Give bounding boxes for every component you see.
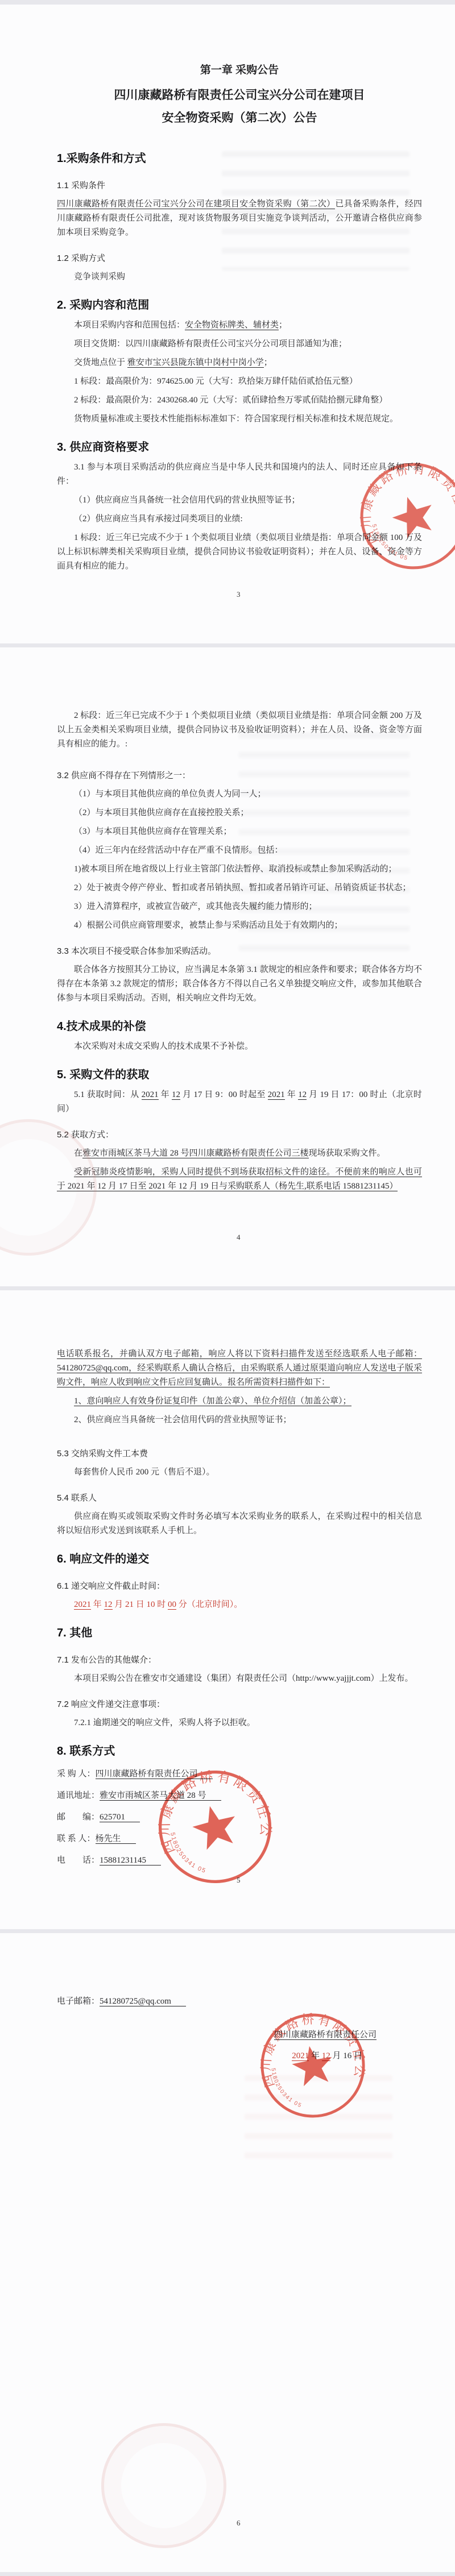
text-run: 12 [172,1090,180,1100]
chapter-title: 安全物资采购（第二次）公告 [57,109,422,127]
paragraph: 竞争谈判采购 [57,270,422,284]
text-run: 1.1 采购条件 [57,181,105,190]
paragraph: 1)被本项目所在地省级以上行业主管部门依法暂停、取消投标或禁止参加采购活动的； [57,862,422,876]
text-run: 3.1 参与本项目采购活动的供应商应当是中华人民共和国境内的法人、同时还应具备如… [57,463,422,486]
page-content: 电子邮箱：541280725@qq.com四川康藏路桥有限责任公司2021 年 … [0,1933,455,2063]
paragraph: 1 标段：近三年已完成不少于 1 个类似项目业绩（类似项目业绩是指：单项合同金额… [57,531,422,574]
text-run: 联合体各方按照其分工协议，应当满足本条第 3.1 款规定的相应条件和要求；联合体… [57,965,422,1003]
bleed-through-text-artifact [245,2075,392,2166]
paragraph: 货物质量标准或主要技术性能指标标准如下：符合国家现行相关标准和技术规范规定。 [57,412,422,426]
text-run: 7. 其他 [57,1627,92,1639]
subsection-heading: 5.3 交纳采购文件工本费 [57,1447,422,1461]
text-run: 电话联系报名，并确认双方电子邮箱，响应人将以下资料扫描件发送至经选联系人电子邮箱… [57,1349,422,1387]
page-number: 3 [237,590,241,599]
document-scan: 3第一章 采购公告四川康藏路桥有限责任公司宝兴分公司在建项目安全物资采购（第二次… [0,5,455,2572]
text-run: 四川康藏路桥有限责任公司宝兴分公司在建项目 [114,89,365,102]
text-run: 3.2 供应商不得存在下列情形之一： [57,771,191,780]
paragraph: 2 标段：近三年已完成不少于 1 个类似项目业绩（类似项目业绩是指：单项合同金额… [57,709,422,751]
section-heading: 5. 采购文件的获取 [57,1066,422,1083]
text-run: 3）进入清算程序，或被宣告破产，或其他丧失履约能力情形的； [74,902,317,911]
paragraph: 7.2.1 逾期递交的响应文件，采购人将予以拒收。 [57,1716,422,1730]
text-run: 8. 联系方式 [57,1745,115,1758]
text-run: 5.4 联系人 [57,1493,97,1503]
text-run: 2. 采购内容和范围 [57,299,149,311]
text-run: （2）与本项目其他供应商存在直接控股关系； [74,808,249,817]
contact-field: 电 话：15881231145 [57,1854,422,1868]
section-heading: 7. 其他 [57,1624,422,1642]
signature-line: 2021 年 12 月 16 日 [57,2049,422,2063]
text-run: 电子邮箱： [57,1997,100,2006]
text-run: 7.1 发布公告的其他媒介： [57,1655,156,1665]
text-run: 本项目采购公告在雅安市交通建设（集团）有限责任公司（http://www.yaj… [74,1674,413,1683]
text-run: 四川康藏路桥有限责任公司 [96,1769,213,1779]
section-heading: 1.采购条件和方式 [57,150,422,167]
paragraph: （2）供应商应当具有承接过同类项目的业绩: [57,512,422,526]
paragraph: 5.1 获取时间：从 2021 年 12 月 17 日 9：00 时起至 202… [57,1088,422,1116]
paragraph: 每套售价人民币 200 元（售后不退）。 [57,1465,422,1480]
text-run: 年 [91,1600,104,1609]
text-run: 12 [104,1600,113,1610]
text-run: 受新冠肺炎疫情影响，采购人同时提供不到场获取招标文件的途径。不便前来的响应人也可… [57,1167,422,1191]
subsection-heading: 3.3 本次项目不接受联合体参加采购活动。 [57,944,422,958]
subsection-heading: 7.1 发布公告的其他媒介： [57,1653,422,1667]
text-run: 雅安市雨城区茶马大道 28 号四川康藏路桥有限责任公司三楼 [82,1149,309,1158]
text-run: 541280725@qq.com [100,1997,186,2006]
text-run: 通讯地址： [57,1791,100,1800]
paragraph: 4）根据公司供应商管理要求，被禁止参与采购活动且处于有效期内的； [57,919,422,933]
section-heading: 2. 采购内容和范围 [57,297,422,314]
contact-field: 电子邮箱：541280725@qq.com [57,1995,422,2009]
bleed-through-stamp [101,2423,226,2548]
text-run: 杨先生 [96,1834,136,1844]
text-run: 四川康藏路桥有限责任公司 [274,2030,377,2040]
paragraph: 四川康藏路桥有限责任公司宝兴分公司在建项目安全物资采购（第二次）已具备采购条件，… [57,197,422,240]
subsection-heading: 1.2 采购方式 [57,251,422,265]
text-run: 6.1 递交响应文件截止时间： [57,1581,165,1591]
text-run: 2021 [74,1600,91,1610]
paragraph: 3）进入清算程序，或被宣告破产，或其他丧失履约能力情形的； [57,900,422,914]
subsection-heading: 7.2 响应文件递交注意事项： [57,1697,422,1711]
text-run: （1）供应商应当具备统一社会信用代码的营业执照等证书； [74,496,300,505]
text-run: 月 16 日 [330,2051,362,2060]
subsection-heading: 1.1 采购条件 [57,178,422,193]
text-run: ； [264,358,272,367]
text-run: 现场获取采购文件。 [309,1149,386,1158]
text-run: 5.3 交纳采购文件工本费 [57,1449,148,1459]
subsection-heading: 6.1 递交响应文件截止时间： [57,1579,422,1593]
text-run: 3. 供应商资格要求 [57,441,149,454]
text-run: 年 [159,1090,172,1099]
text-run: 供应商在购买或领取采购文件时务必填写本次采购业务的联系人，在采购过程中的相关信息… [57,1512,422,1535]
text-run: 第一章 采购公告 [200,64,279,76]
section-heading: 6. 响应文件的递交 [57,1551,422,1568]
text-run: 2021 [142,1090,159,1100]
paragraph: 1 标段：最高限价为：974625.00 元（大写：玖拾柒万肆仟陆佰贰拾伍元整） [57,375,422,389]
text-run: 电 话： [57,1856,100,1865]
text-run: 625701 [100,1813,140,1822]
section-heading: 8. 联系方式 [57,1743,422,1760]
contact-field: 通讯地址：雅安市雨城区茶马大道 28 号 [57,1789,422,1803]
page-number: 5 [237,1876,241,1885]
paragraph: 联合体各方按照其分工协议，应当满足本条第 3.1 款规定的相应条件和要求；联合体… [57,963,422,1006]
text-run: 1、意向响应人有效身份证复印件（加盖公章）、单位介绍信（加盖公章）； [74,1397,351,1406]
text-run: 竞争谈判采购 [74,272,125,281]
text-run: 项目交货期：以四川康藏路桥有限责任公司宝兴分公司项目部通知为准； [74,339,347,348]
text-run: 12 [322,2051,330,2061]
paragraph: （3）与本项目其他供应商存在管理关系； [57,825,422,839]
subsection-heading: 5.2 获取方式： [57,1128,422,1142]
text-run: 采 购 人： [57,1769,96,1779]
page-content: 第一章 采购公告四川康藏路桥有限责任公司宝兴分公司在建项目安全物资采购（第二次）… [0,5,455,574]
paragraph: 2、供应商应当具备统一社会信用代码的营业执照等证书； [57,1413,422,1427]
text-run: 12 [298,1090,307,1100]
text-run: 在 [74,1149,82,1158]
text-run: 分（北京时间）。 [176,1600,242,1609]
text-run: 雅安市宝兴县陇东镇中岗村中岗小学 [127,358,264,368]
chapter-title: 第一章 采购公告 [57,61,422,80]
text-run: 15881231145 [100,1856,161,1865]
text-run: 3.3 本次项目不接受联合体参加采购活动。 [57,946,216,956]
signature-line: 四川康藏路桥有限责任公司 [57,2028,422,2042]
subsection-heading: 3.2 供应商不得存在下列情形之一： [57,768,422,783]
text-run: 1 标段：最高限价为：974625.00 元（大写：玖拾柒万肆仟陆佰贰拾伍元整） [74,377,358,386]
text-run: 5.1 获取时间：从 [74,1090,142,1099]
section-heading: 3. 供应商资格要求 [57,439,422,456]
paragraph: 2 标段：最高限价为：2430268.40 元（大写：贰佰肆拾叁万零贰佰陆拾捌元… [57,393,422,408]
text-run: （4）近三年内在经营活动中存在严重不良情形。包括： [74,846,283,855]
page-content: 电话联系报名，并确认双方电子邮箱，响应人将以下资料扫描件发送至经选联系人电子邮箱… [0,1290,455,1868]
text-run: 7.2.1 逾期递交的响应文件，采购人将予以拒收。 [74,1718,255,1727]
paragraph: （1）与本项目其他供应商的单位负责人为同一人； [57,787,422,801]
document-page: 5电话联系报名，并确认双方电子邮箱，响应人将以下资料扫描件发送至经选联系人电子邮… [0,1290,455,1929]
text-run: ； [279,321,287,330]
text-run: 1)被本项目所在地省级以上行业主管部门依法暂停、取消投标或禁止参加采购活动的； [74,865,397,874]
text-run: 交货地点位于 [74,358,127,367]
text-run: 7.2 响应文件递交注意事项： [57,1700,165,1709]
paragraph: 本项目采购公告在雅安市交通建设（集团）有限责任公司（http://www.yaj… [57,1672,422,1686]
document-page: 42 标段：近三年已完成不少于 1 个类似项目业绩（类似项目业绩是指：单项合同金… [0,647,455,1286]
text-run: 邮 编： [57,1813,100,1822]
page-content: 2 标段：近三年已完成不少于 1 个类似项目业绩（类似项目业绩是指：单项合同金额… [0,647,455,1194]
page-number: 6 [237,2519,241,2528]
text-run: 月 17 日 9：00 时起至 [180,1090,268,1099]
paragraph: 本项目采购内容和范围包括：安全物资标牌类、辅材类； [57,318,422,333]
text-run: 月 21 日 10 时 [113,1600,168,1609]
page-number: 4 [237,1233,241,1242]
text-run: 2）处于被责令停产停业、暂扣或者吊销执照、暂扣或者吊销许可证、吊销资质证书状态； [74,883,411,892]
paragraph: 1、意向响应人有效身份证复印件（加盖公章）、单位介绍信（加盖公章）； [57,1394,422,1409]
text-run: 1.采购条件和方式 [57,152,146,165]
text-run: 本次采购对未成交采购人的技术成果不予补偿。 [74,1042,253,1051]
document-page: 3第一章 采购公告四川康藏路桥有限责任公司宝兴分公司在建项目安全物资采购（第二次… [0,5,455,643]
text-run: 5. 采购文件的获取 [57,1069,149,1081]
text-run: （2）供应商应当具有承接过同类项目的业绩: [74,514,243,523]
paragraph: 交货地点位于 雅安市宝兴县陇东镇中岗村中岗小学； [57,356,422,370]
paragraph: 3.1 参与本项目采购活动的供应商应当是中华人民共和国境内的法人、同时还应具备如… [57,460,422,489]
paragraph: 本次采购对未成交采购人的技术成果不予补偿。 [57,1040,422,1054]
text-run: 4）根据公司供应商管理要求，被禁止参与采购活动且处于有效期内的； [74,921,343,930]
document-page: 6电子邮箱：541280725@qq.com四川康藏路桥有限责任公司2021 年… [0,1933,455,2572]
paragraph: 2）处于被责令停产停业、暂扣或者吊销执照、暂扣或者吊销许可证、吊销资质证书状态； [57,881,422,895]
text-run: 2021 [268,1090,285,1100]
text-run: 年 [309,2051,322,2060]
contact-field: 邮 编：625701 [57,1810,422,1825]
paragraph: 供应商在购买或领取采购文件时务必填写本次采购业务的联系人，在采购过程中的相关信息… [57,1510,422,1538]
paragraph: 电话联系报名，并确认双方电子邮箱，响应人将以下资料扫描件发送至经选联系人电子邮箱… [57,1347,422,1390]
text-run: 2021 [292,2051,309,2061]
paragraph: 项目交货期：以四川康藏路桥有限责任公司宝兴分公司项目部通知为准； [57,337,422,351]
text-run: 联 系 人： [57,1834,96,1843]
text-run: 1.2 采购方式 [57,254,105,263]
paragraph: 受新冠肺炎疫情影响，采购人同时提供不到场获取招标文件的途径。不便前来的响应人也可… [57,1165,422,1194]
text-run: 2、供应商应当具备统一社会信用代码的营业执照等证书； [74,1415,292,1424]
contact-field: 联 系 人：杨先生 [57,1832,422,1846]
text-run: （1）与本项目其他供应商的单位负责人为同一人； [74,790,266,799]
paragraph: （2）与本项目其他供应商存在直接控股关系； [57,806,422,820]
paragraph: 2021 年 12 月 21 日 10 时 00 分（北京时间）。 [57,1598,422,1612]
text-run: 雅安市雨城区茶马大道 28 号 [100,1791,221,1801]
text-run: 4.技术成果的补偿 [57,1020,146,1033]
chapter-title: 四川康藏路桥有限责任公司宝兴分公司在建项目 [57,86,422,105]
text-run: 货物质量标准或主要技术性能指标标准如下：符合国家现行相关标准和技术规范规定。 [74,414,398,423]
text-run: 5.2 获取方式： [57,1130,114,1140]
paragraph: （1）供应商应当具备统一社会信用代码的营业执照等证书； [57,493,422,508]
text-run: 年 [285,1090,298,1099]
paragraph: （4）近三年内在经营活动中存在严重不良情形。包括： [57,844,422,858]
text-run: 本项目采购内容和范围包括： [74,321,185,330]
text-run: 安全物资采购（第二次）公告 [162,111,317,124]
paragraph: 在雅安市雨城区茶马大道 28 号四川康藏路桥有限责任公司三楼现场获取采购文件。 [57,1146,422,1161]
stamp-code-text: 5180250341 05 [270,2064,304,2113]
text-run: （3）与本项目其他供应商存在管理关系； [74,827,232,836]
text-run: 四川康藏路桥有限责任公司宝兴分公司在建项目安全物资采购（第二次） [57,200,335,209]
section-heading: 4.技术成果的补偿 [57,1018,422,1035]
text-run: 2 标段：最高限价为：2430268.40 元（大写：贰佰肆拾叁万零贰佰陆拾捌元… [74,396,387,405]
text-run: 安全物资标牌类、辅材类 [185,321,279,330]
text-run: 6. 响应文件的递交 [57,1553,149,1565]
contact-field: 采 购 人：四川康藏路桥有限责任公司 [57,1767,422,1781]
subsection-heading: 5.4 联系人 [57,1491,422,1505]
text-run: 1 标段：近三年已完成不少于 1 个类似项目业绩（类似项目业绩是指：单项合同金额… [57,533,422,571]
text-run: 2 标段：近三年已完成不少于 1 个类似项目业绩（类似项目业绩是指：单项合同金额… [57,711,422,749]
text-run: 00 [168,1600,176,1610]
text-run: 每套售价人民币 200 元（售后不退）。 [74,1468,215,1477]
